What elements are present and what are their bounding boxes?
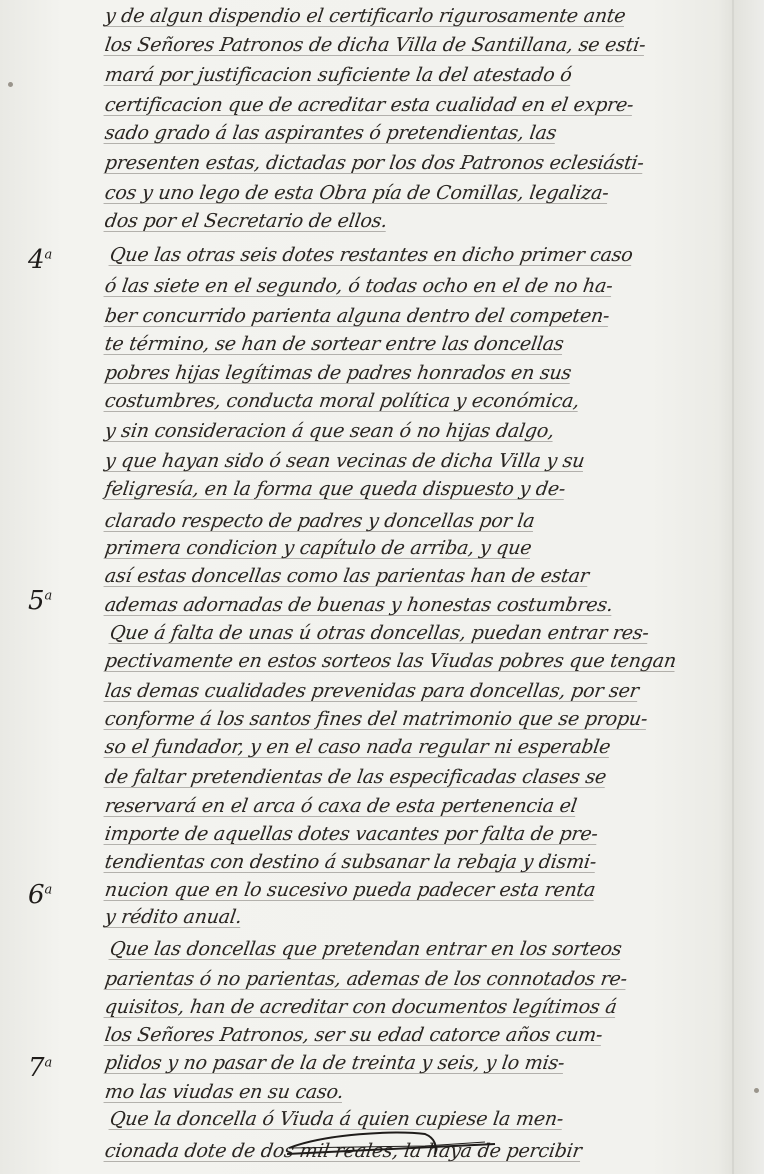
manuscript-line: te término, se han de sortear entre las …: [103, 333, 746, 355]
manuscript-line: y que hayan sido ó sean vecinas de dicha…: [103, 450, 746, 472]
manuscript-line: reservará en el arca ó caxa de esta pert…: [103, 795, 746, 817]
closing-flourish-icon: [285, 1128, 505, 1158]
manuscript-line: las demas cualidades prevenidas para don…: [103, 680, 746, 702]
manuscript-line: feligresía, en la forma que queda dispue…: [103, 478, 746, 500]
manuscript-line: y sin consideracion á que sean ó no hija…: [103, 420, 746, 442]
manuscript-line: ademas adornadas de buenas y honestas co…: [103, 594, 746, 616]
clause-marker-5: 5a: [28, 586, 52, 616]
paper-spot: [8, 82, 13, 87]
manuscript-line: primera condicion y capítulo de arriba, …: [103, 537, 746, 559]
manuscript-line: los Señores Patronos de dicha Villa de S…: [103, 34, 746, 56]
manuscript-line: costumbres, conducta moral política y ec…: [103, 390, 746, 412]
manuscript-line: cos y uno lego de esta Obra pía de Comil…: [103, 182, 746, 204]
manuscript-line: so el fundador, y en el caso nada regula…: [103, 736, 746, 758]
manuscript-line: nucion que en lo sucesivo pueda padecer …: [103, 879, 746, 901]
manuscript-line: sado grado á las aspirantes ó pretendien…: [103, 122, 746, 144]
clause-marker-6: 6a: [28, 880, 52, 910]
manuscript-line: así estas doncellas como las parientas h…: [103, 565, 746, 587]
manuscript-line: los Señores Patronos, ser su edad catorc…: [103, 1024, 746, 1046]
manuscript-line: pobres hijas legítimas de padres honrado…: [103, 362, 746, 384]
manuscript-page: y de algun dispendio el certificarlo rig…: [0, 0, 764, 1174]
manuscript-line: tendientas con destino á subsanar la reb…: [103, 851, 746, 873]
manuscript-line: Que las otras seis dotes restantes en di…: [108, 244, 751, 266]
manuscript-line: plidos y no pasar de la de treinta y sei…: [103, 1052, 746, 1074]
manuscript-line: parientas ó no parientas, ademas de los …: [103, 968, 746, 990]
manuscript-line: pectivamente en estos sorteos las Viudas…: [103, 650, 746, 672]
manuscript-line: Que á falta de unas ú otras doncellas, p…: [108, 622, 751, 644]
manuscript-line: certificacion que de acreditar esta cual…: [103, 94, 746, 116]
manuscript-line: de faltar pretendientas de las especific…: [103, 766, 746, 788]
manuscript-line: ó las siete en el segundo, ó todas ocho …: [103, 275, 746, 297]
manuscript-line: mo las viudas en su caso.: [103, 1081, 746, 1103]
manuscript-line: quisitos, han de acreditar con documento…: [103, 996, 746, 1018]
clause-marker-7: 7a: [28, 1053, 52, 1083]
clause-marker-4: 4a: [28, 245, 52, 275]
manuscript-line: conforme á los santos fines del matrimon…: [103, 708, 746, 730]
manuscript-line: dos por el Secretario de ellos.: [103, 210, 746, 232]
manuscript-line: ber concurrido parienta alguna dentro de…: [103, 305, 746, 327]
manuscript-line: y de algun dispendio el certificarlo rig…: [103, 5, 746, 27]
manuscript-line: Que las doncellas que pretendan entrar e…: [108, 938, 751, 960]
manuscript-line: importe de aquellas dotes vacantes por f…: [103, 823, 746, 845]
paper-spot: [754, 1088, 759, 1093]
manuscript-line: presenten estas, dictadas por los dos Pa…: [103, 152, 746, 174]
manuscript-line: mará por justificacion suficiente la del…: [103, 64, 746, 86]
manuscript-line: y rédito anual.: [103, 906, 746, 928]
manuscript-line: clarado respecto de padres y doncellas p…: [103, 510, 746, 532]
manuscript-line: Que la doncella ó Viuda á quien cupiese …: [108, 1108, 751, 1130]
